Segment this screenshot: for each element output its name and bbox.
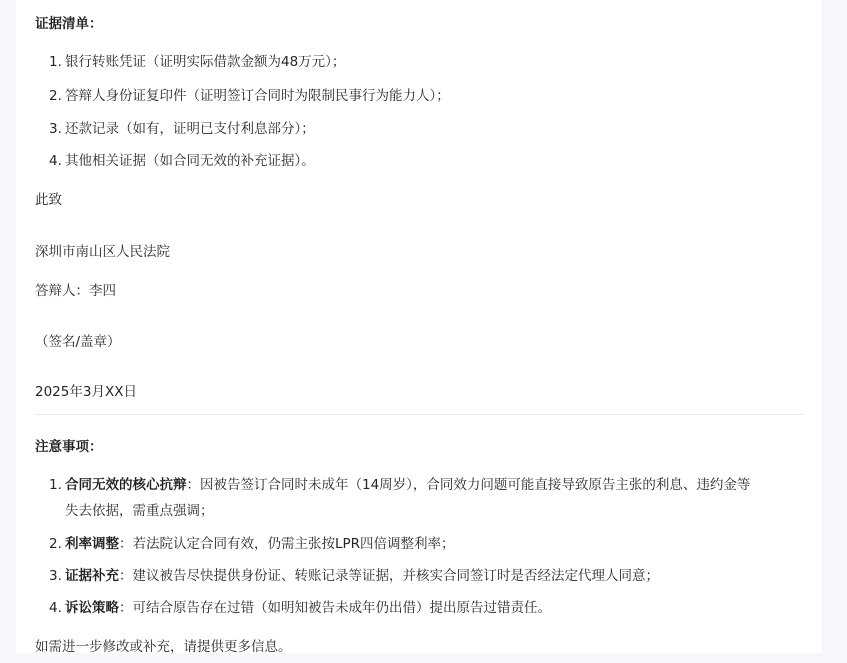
evidence-item: 4.其他相关证据（如合同无效的补充证据）。 [49,149,315,169]
note-title: 合同无效的核心抗辩 [65,477,187,493]
note-item: 2.利率调整：若法院认定合同有效，仍需主张按LPR四倍调整利率； [49,532,455,552]
item-text: 还款记录（如有，证明已支付利息部分）； [65,121,315,137]
item-number: 4. [49,153,65,169]
item-number: 4. [49,600,65,616]
court-name: 深圳市南山区人民法院 [35,240,170,260]
item-number: 2. [49,536,65,552]
note-item-continuation: 失去依据，需重点强调； [65,499,214,519]
item-number: 3. [49,568,65,584]
item-number: 2. [49,88,65,104]
notes-heading: 注意事项： [35,435,103,455]
note-title: 利率调整 [65,536,119,552]
footer-text: 如需进一步修改或补充，请提供更多信息。 [35,635,292,655]
evidence-item: 2.答辩人身份证复印件（证明签订合同时为限制民事行为能力人）； [49,84,450,104]
section-divider [35,414,803,415]
item-text: 银行转账凭证（证明实际借款金额为48万元）； [65,54,345,70]
item-text: 答辩人身份证复印件（证明签订合同时为限制民事行为能力人）； [65,88,450,104]
evidence-heading: 证据清单： [35,12,103,32]
note-title: 诉讼策略 [65,600,119,616]
evidence-item: 1.银行转账凭证（证明实际借款金额为48万元）； [49,50,345,70]
item-number: 1. [49,54,65,70]
respondent-name: 答辩人：李四 [35,279,116,299]
signature-line: （签名/盖章） [35,330,121,350]
note-item: 1.合同无效的核心抗辩：因被告签订合同时未成年（14周岁），合同效力问题可能直接… [49,473,750,493]
date-line: 2025年3月XX日 [35,380,137,400]
salutation: 此致 [35,188,62,208]
note-item: 4.诉讼策略：可结合原告存在过错（如明知被告未成年仍出借）提出原告过错责任。 [49,596,551,616]
note-text: ：建议被告尽快提供身份证、转账记录等证据，并核实合同签订时是否经法定代理人同意； [119,568,659,584]
message-panel: 证据清单： 1.银行转账凭证（证明实际借款金额为48万元）； 2.答辩人身份证复… [16,0,822,653]
item-text: 其他相关证据（如合同无效的补充证据）。 [65,153,315,169]
note-item: 3.证据补充：建议被告尽快提供身份证、转账记录等证据，并核实合同签订时是否经法定… [49,564,659,584]
note-text: ：可结合原告存在过错（如明知被告未成年仍出借）提出原告过错责任。 [119,600,551,616]
note-text: ：因被告签订合同时未成年（14周岁），合同效力问题可能直接导致原告主张的利息、违… [187,477,751,493]
note-text: ：若法院认定合同有效，仍需主张按LPR四倍调整利率； [119,536,455,552]
item-number: 3. [49,121,65,137]
item-number: 1. [49,477,65,493]
note-title: 证据补充 [65,568,119,584]
evidence-item: 3.还款记录（如有，证明已支付利息部分）； [49,117,315,137]
